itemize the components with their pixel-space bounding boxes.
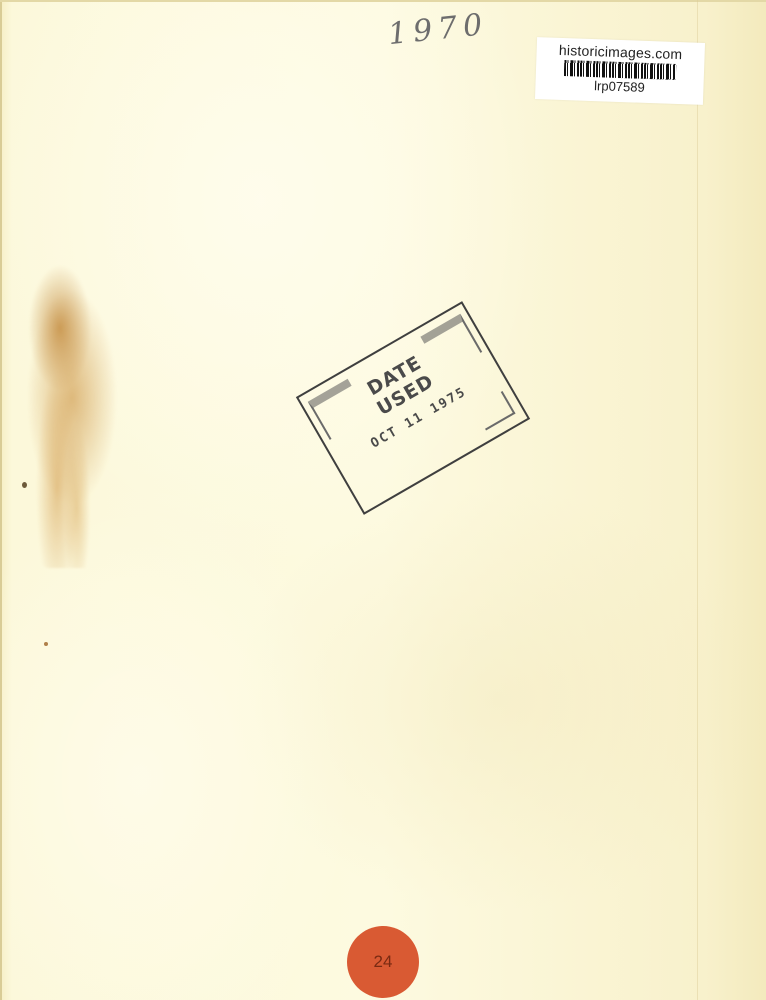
archive-code: lrp07589: [535, 76, 703, 97]
paper-top-edge: [0, 0, 766, 2]
paper-left-edge: [0, 0, 2, 1000]
page-number: 24: [374, 952, 393, 972]
paper-fold-line: [697, 0, 698, 1000]
stamp-corner-mark: [473, 391, 515, 431]
water-stain: [12, 258, 134, 568]
stain-speck: [44, 642, 48, 646]
page-number-badge: 24: [347, 926, 419, 998]
archive-site-text: historicimages.com: [536, 41, 704, 63]
archive-label: historicimages.com lrp07589: [535, 37, 705, 105]
stain-speck: [22, 482, 27, 488]
